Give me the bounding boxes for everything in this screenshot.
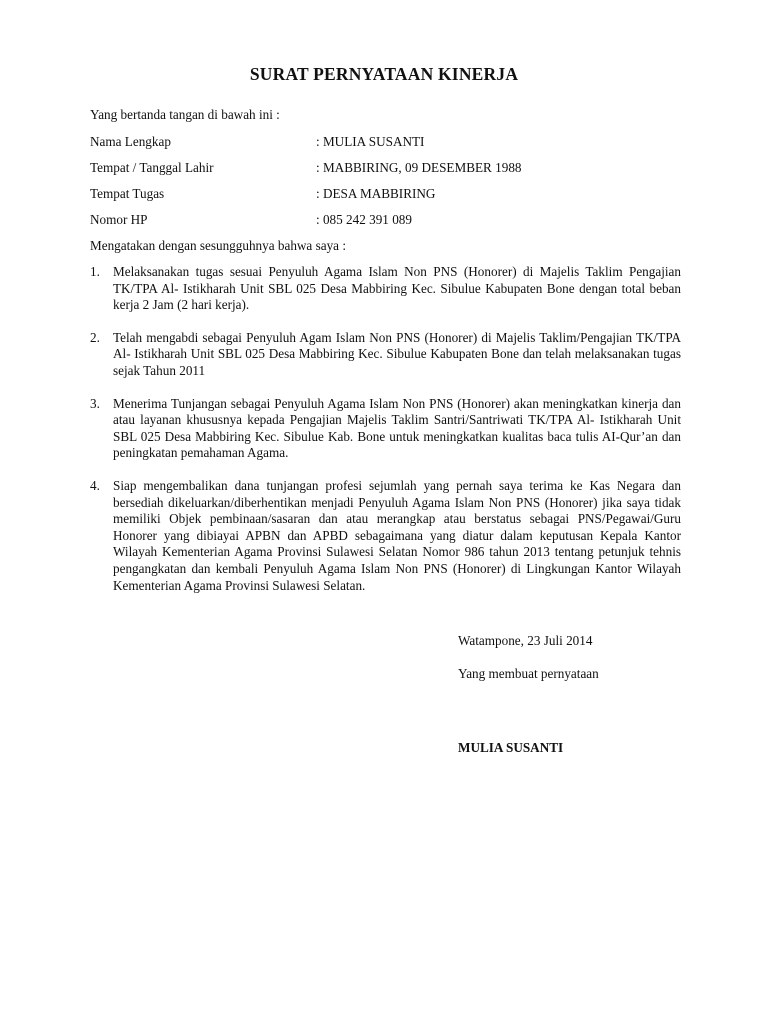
list-item: 2. Telah mengabdi sebagai Penyuluh Agam … [90, 330, 681, 380]
field-label: Nomor HP [90, 212, 148, 228]
field-value: : MULIA SUSANTI [316, 134, 424, 150]
list-item-number: 4. [90, 478, 100, 495]
list-item: 1. Melaksanakan tugas sesuai Penyuluh Ag… [90, 264, 681, 314]
field-value: : 085 242 391 089 [316, 212, 412, 228]
list-item-number: 1. [90, 264, 100, 281]
statement-list: 1. Melaksanakan tugas sesuai Penyuluh Ag… [90, 264, 681, 610]
field-label: Nama Lengkap [90, 134, 171, 150]
list-item-text: Siap mengembalikan dana tunjangan profes… [113, 478, 681, 594]
list-item: 3. Menerima Tunjangan sebagai Penyuluh A… [90, 396, 681, 462]
signature-role: Yang membuat pernyataan [458, 666, 599, 682]
list-item-text: Melaksanakan tugas sesuai Penyuluh Agama… [113, 264, 681, 314]
signature-name: MULIA SUSANTI [458, 740, 563, 756]
signature-place-date: Watampone, 23 Juli 2014 [458, 633, 592, 649]
list-item-number: 3. [90, 396, 100, 413]
field-value: : MABBIRING, 09 DESEMBER 1988 [316, 160, 522, 176]
document-title: SURAT PERNYATAAN KINERJA [0, 64, 768, 85]
field-value: : DESA MABBIRING [316, 186, 435, 202]
intro-text: Yang bertanda tangan di bawah ini : [90, 107, 280, 123]
field-label: Tempat Tugas [90, 186, 164, 202]
list-item-number: 2. [90, 330, 100, 347]
list-item-text: Telah mengabdi sebagai Penyuluh Agam Isl… [113, 330, 681, 380]
list-item: 4. Siap mengembalikan dana tunjangan pro… [90, 478, 681, 594]
list-item-text: Menerima Tunjangan sebagai Penyuluh Agam… [113, 396, 681, 462]
field-label: Tempat / Tanggal Lahir [90, 160, 214, 176]
statement-text: Mengatakan dengan sesungguhnya bahwa say… [90, 238, 346, 254]
document-page: SURAT PERNYATAAN KINERJA Yang bertanda t… [0, 0, 768, 1024]
